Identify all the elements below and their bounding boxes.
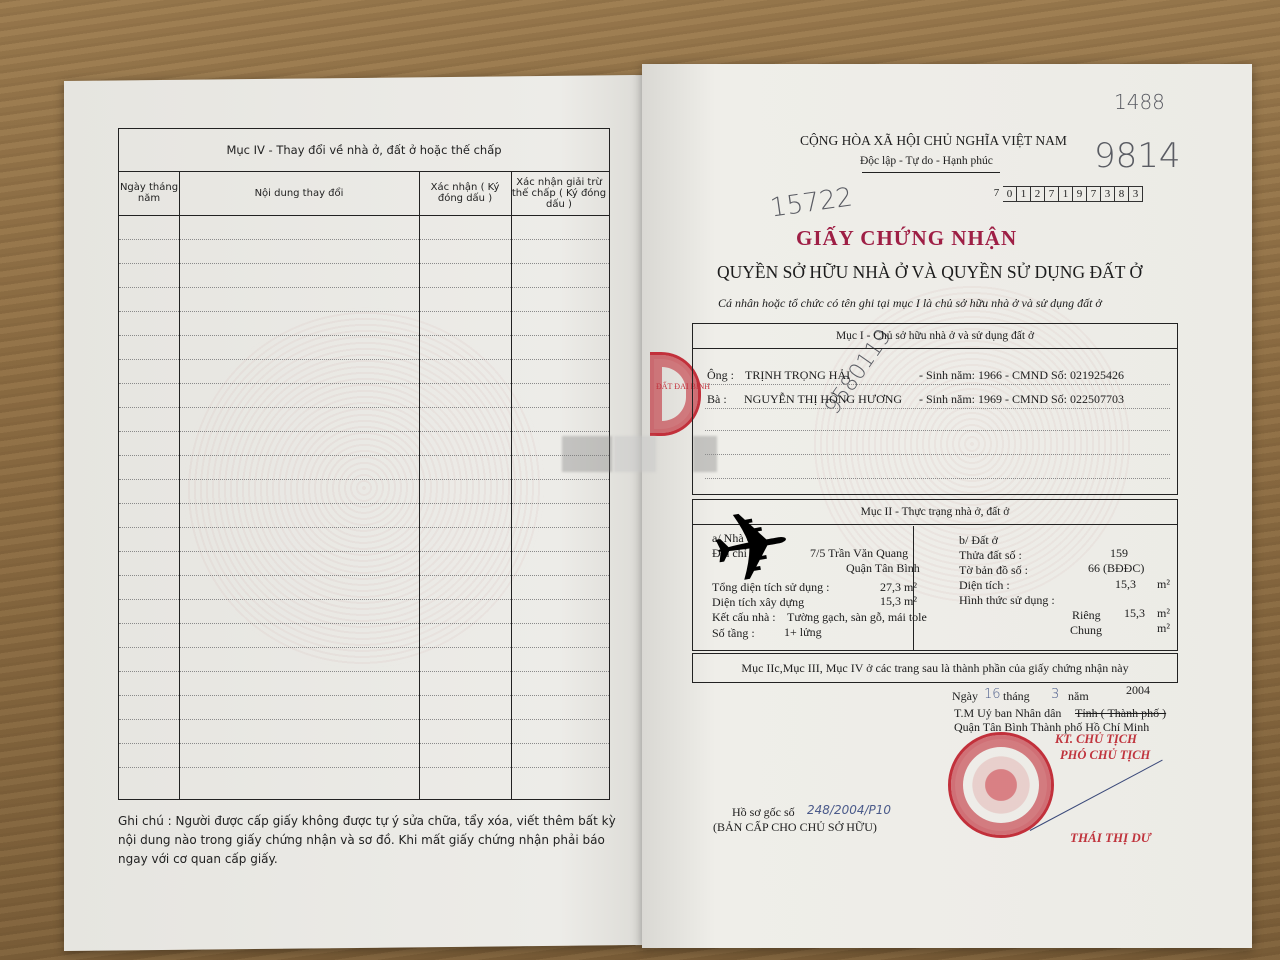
ruled-line (119, 431, 609, 432)
floors-label: Số tầng : (712, 626, 755, 641)
area-unit: m² (1157, 606, 1170, 621)
area-unit: m² (1157, 577, 1170, 592)
motto-underline (862, 172, 1000, 173)
redacted-region (562, 436, 612, 472)
ruled-line (119, 383, 609, 384)
role-vice-chair: PHÓ CHỦ TỊCH (1060, 748, 1150, 763)
usage-label: Hình thức sử dụng : (959, 593, 1055, 608)
ruled-line (119, 407, 609, 408)
certificate-intro: Cá nhân hoặc tổ chức có tên ghi tại mục … (718, 296, 1102, 311)
date-year: 2004 (1126, 683, 1150, 698)
map-value: 66 (BĐĐC) (1088, 561, 1144, 576)
address-value-2: Quận Tân Bình (846, 561, 920, 576)
redacted-region (614, 436, 656, 472)
section-owners: Mục I - Chủ sở hữu nhà ở và sử dụng đất … (692, 323, 1178, 495)
ruled-line (705, 454, 1170, 455)
section-owners-header: Mục I - Chủ sở hữu nhà ở và sử dụng đất … (693, 324, 1177, 349)
handwritten-number: 1488 (1114, 90, 1165, 114)
col-header-release: Xác nhận giải trừ thế chấp ( Ký đóng dấu… (511, 171, 607, 215)
ruled-line (119, 239, 609, 240)
note-text: Ghi chú : Người được cấp giấy không được… (118, 812, 628, 869)
copy-note: (BẢN CẤP CHO CHỦ SỞ HỮU) (713, 820, 877, 835)
parcel-label: Thửa đất số : (959, 548, 1022, 563)
ruled-line (119, 599, 609, 600)
ruled-line (705, 408, 1170, 409)
ruled-line (119, 311, 609, 312)
land-title: b/ Đất ở (959, 533, 998, 548)
ruled-line (119, 359, 609, 360)
parcel-value: 159 (1110, 546, 1128, 561)
map-label: Tờ bản đồ số : (959, 563, 1028, 578)
ruled-line (119, 767, 609, 768)
ruled-line (119, 527, 609, 528)
certificate-subtitle: QUYỀN SỞ HỮU NHÀ Ở VÀ QUYỀN SỬ DỤNG ĐẤT … (717, 262, 1142, 283)
ruled-line (119, 503, 609, 504)
date-day-label: Ngày (952, 689, 978, 704)
ruled-line (119, 719, 609, 720)
serial-digit: 0 (1003, 186, 1017, 202)
serial-digit: 8 (1115, 186, 1129, 202)
land-area-value: 15,3 (1115, 577, 1136, 592)
ruled-line (119, 743, 609, 744)
private-label: Riêng (1072, 608, 1101, 623)
serial-digit: 2 (1031, 186, 1045, 202)
structure-value: Tường gạch, sàn gỗ, mái tole (787, 610, 927, 625)
handwritten-number: 9814 (1094, 136, 1181, 176)
col-header-date: Ngày tháng năm (119, 171, 179, 215)
private-value: 15,3 (1124, 606, 1145, 621)
col-content (179, 171, 420, 799)
authority-struck: Tỉnh ( Thành phố ) (1075, 706, 1166, 721)
owner-2-prefix: Bà : (707, 392, 727, 407)
ruled-line (119, 287, 609, 288)
ruled-line (119, 695, 609, 696)
file-ref-value: 248/2004/P10 (807, 803, 891, 817)
ruled-line (119, 479, 609, 480)
authority-line1: T.M Uỷ ban Nhân dân (954, 706, 1061, 721)
date-day: 16 (984, 687, 1001, 702)
area-unit: m² (1157, 621, 1170, 636)
owner-2-name: NGUYỄN THỊ HỒNG HƯƠNG (744, 392, 902, 407)
serial-digit: 3 (1129, 186, 1143, 202)
date-year-label: năm (1068, 689, 1089, 704)
file-ref-label: Hồ sơ gốc số (732, 805, 795, 820)
ruled-line (119, 575, 609, 576)
ruled-line (119, 551, 609, 552)
owner-1-prefix: Ông : (707, 368, 734, 383)
serial-digit: 7 (990, 186, 1003, 200)
motto: Độc lập - Tự do - Hạnh phúc (860, 155, 993, 167)
built-area-value: 15,3 (880, 594, 901, 609)
ruled-line (119, 455, 609, 456)
col-date (119, 171, 180, 799)
footer-note: Mục IIc,Mục III, Mục IV ở các trang sau … (692, 653, 1178, 683)
serial-number-boxes: 7 0 1 2 7 1 9 7 3 8 3 (990, 186, 1143, 202)
col-confirm (419, 171, 512, 799)
serial-digit: 7 (1045, 186, 1059, 202)
date-month: 3 (1051, 687, 1059, 702)
nation-header: CỘNG HÒA XÃ HỘI CHỦ NGHĨA VIỆT NAM (800, 133, 1067, 149)
ruled-line (119, 335, 609, 336)
official-seal (948, 732, 1054, 838)
total-area-value: 27,3 (880, 580, 901, 595)
signer-name: THÁI THỊ DƯ (1070, 830, 1151, 846)
certificate-title: GIẤY CHỨNG NHẬN (796, 226, 1017, 251)
col-header-confirm: Xác nhận ( Ký đóng dấu ) (419, 171, 511, 215)
address-value: 7/5 Trần Văn Quang (810, 546, 908, 561)
airplane-icon: ✈ (704, 494, 800, 603)
date-month-label: tháng (1003, 689, 1030, 704)
structure-label: Kết cấu nhà : (712, 610, 776, 625)
changes-table-title: Mục IV - Thay đổi về nhà ở, đất ở hoặc t… (119, 129, 609, 172)
col-header-content: Nội dung thay đổi (179, 171, 419, 215)
serial-digit: 3 (1101, 186, 1115, 202)
changes-table: Mục IV - Thay đổi về nhà ở, đất ở hoặc t… (118, 128, 610, 800)
ruled-line (119, 623, 609, 624)
ruled-line (705, 384, 1170, 385)
role-vice: KT. CHỦ TỊCH (1055, 732, 1137, 747)
owner-2-detail: - Sinh năm: 1969 - CMND Số: 022507703 (919, 392, 1124, 407)
shared-label: Chung (1070, 623, 1102, 638)
area-unit: m² (904, 594, 917, 609)
ruled-line (705, 478, 1170, 479)
header-divider (119, 215, 609, 216)
serial-digit: 1 (1059, 186, 1073, 202)
owner-1-detail: - Sinh năm: 1966 - CMND Số: 021925426 (919, 368, 1124, 383)
serial-digit: 9 (1073, 186, 1087, 202)
area-unit: m² (904, 580, 917, 595)
serial-digit: 7 (1087, 186, 1101, 202)
land-area-label: Diện tích : (959, 578, 1010, 593)
ruled-line (119, 647, 609, 648)
serial-digit: 1 (1017, 186, 1031, 202)
ruled-line (119, 263, 609, 264)
ruled-line (119, 671, 609, 672)
floors-value: 1+ lửng (784, 625, 822, 640)
owner-1-name: TRỊNH TRỌNG HẢI (745, 368, 850, 383)
ruled-line (705, 430, 1170, 431)
